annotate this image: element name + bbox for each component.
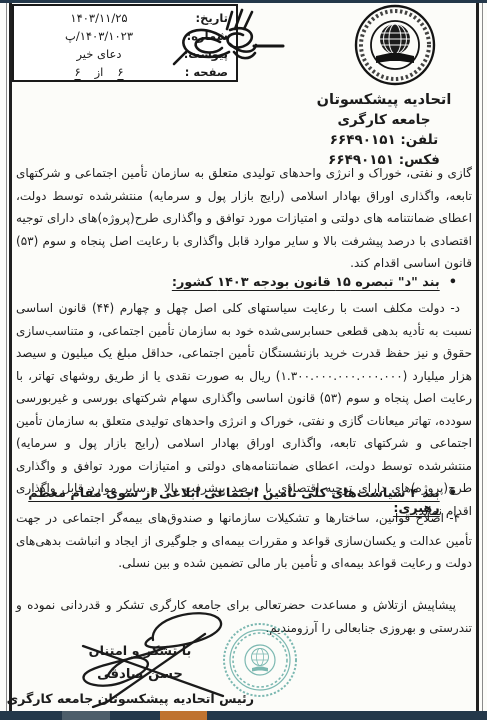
bottom-bar-segment xyxy=(110,711,160,720)
bismillah-tughra-calligraphy-icon xyxy=(170,8,288,74)
bottom-bar-segment xyxy=(62,711,110,720)
page-border-right-inner xyxy=(476,0,479,711)
bottom-bar-segment xyxy=(207,711,487,720)
org-name-line2: جامعه کارگری xyxy=(293,110,475,130)
bullet-icon: • xyxy=(449,275,457,290)
date-value: ۱۴۰۳/۱۱/۲۵ xyxy=(22,11,176,25)
window-top-edge xyxy=(0,0,487,3)
intro-paragraph: گازی و نفتی، خوراک و انرژی واحدهای تولید… xyxy=(16,162,472,275)
page-border-right-outer xyxy=(482,0,483,711)
union-logo-icon xyxy=(352,4,438,88)
number-value: ۱۴۰۳/۱۰۲۳/پ xyxy=(22,29,176,43)
page-total: ۶ xyxy=(74,65,80,79)
page-separator: از xyxy=(95,65,104,79)
page-values: ۶ از ۶ xyxy=(22,65,176,79)
handwritten-signature-icon xyxy=(55,604,260,709)
page-current: ۶ xyxy=(117,65,123,79)
phone-line: تلفن: ۶۶۴۹۰۱۵۱ xyxy=(293,130,475,150)
section1-heading-row: • بند "د" تبصره ۱۵ قانون بودجه ۱۴۰۳ کشور… xyxy=(16,275,471,290)
page-border-left-outer xyxy=(6,0,7,711)
bullet-icon: • xyxy=(449,486,457,501)
window-bottom-bar xyxy=(0,711,487,720)
letterhead-org-block: اتحادیه پیشکسوتان جامعه کارگری تلفن: ۶۶۴… xyxy=(293,90,475,170)
org-name-line1: اتحادیه پیشکسوتان xyxy=(293,90,475,110)
page-border-left-inner xyxy=(9,0,12,711)
scanned-letter-page: تاریخ: ۱۴۰۳/۱۱/۲۵ شماره: ۱۴۰۳/۱۰۲۳/پ پیو… xyxy=(0,0,487,720)
section2-paragraph: ۴- اصلاح قوانین، ساختارها و تشکیلات سازم… xyxy=(16,507,472,575)
section1-heading: بند "د" تبصره ۱۵ قانون بودجه ۱۴۰۳ کشور: xyxy=(172,275,440,290)
attachment-value: دعای خیر xyxy=(22,47,176,61)
bottom-bar-segment xyxy=(160,711,207,720)
bottom-bar-segment xyxy=(0,711,62,720)
